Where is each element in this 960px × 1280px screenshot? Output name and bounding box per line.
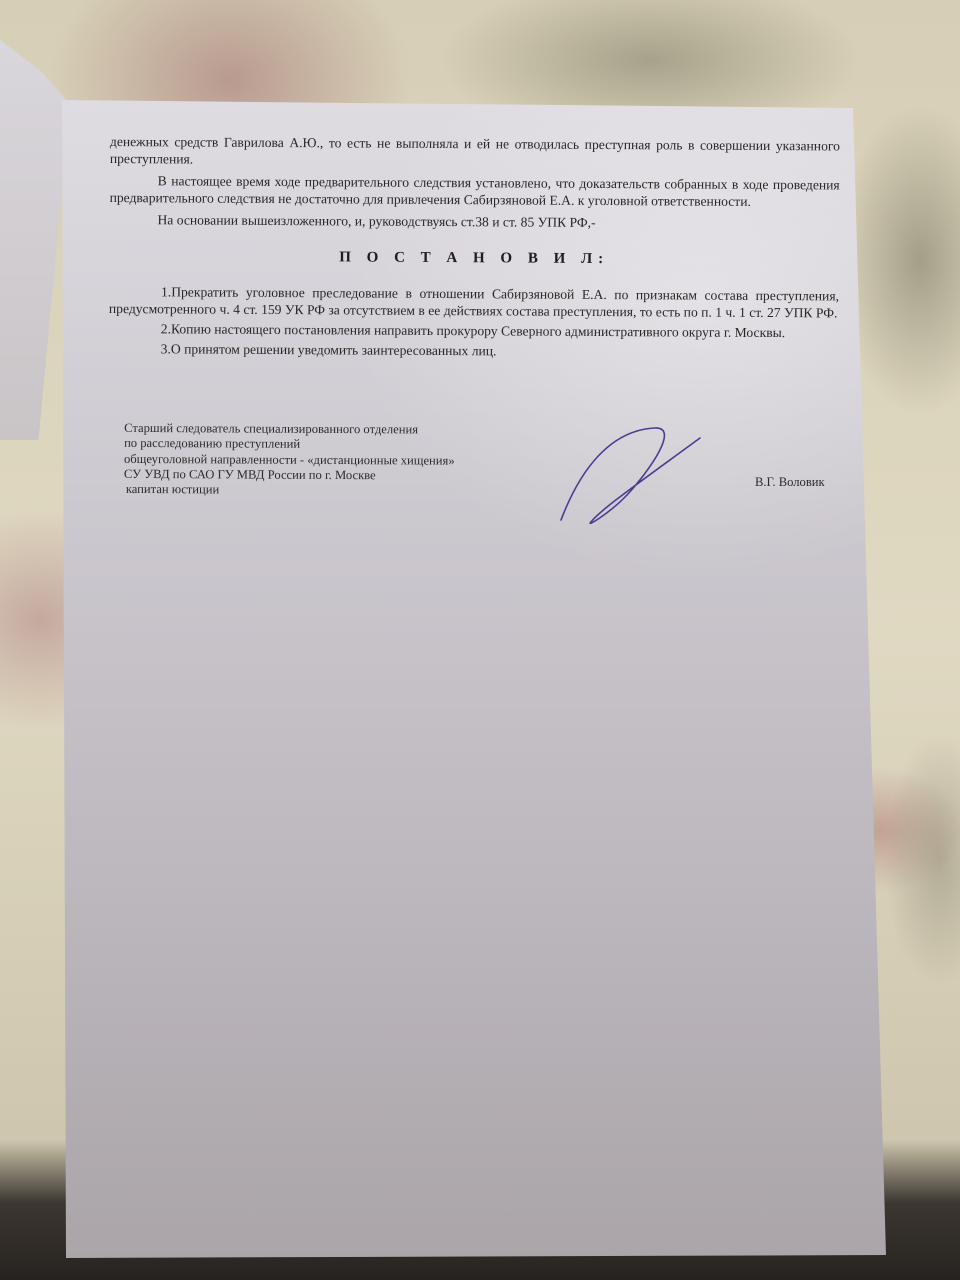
signer-name: В.Г. Воловик	[755, 475, 825, 490]
position-line-5: капитан юстиции	[124, 482, 544, 499]
paragraph-legal-basis: На основании вышеизложенного, и, руковод…	[109, 211, 839, 232]
resolution-heading: П О С Т А Н О В И Л:	[109, 248, 839, 269]
paragraph-continuation: денежных средств Гаврилова А.Ю., то есть…	[110, 133, 840, 171]
position-line-2: по расследованию преступлений	[124, 436, 544, 453]
paragraph-investigation-findings: В настоящее время ходе предварительного …	[110, 172, 840, 210]
signatory-position: Старший следователь специализированного …	[124, 421, 544, 500]
document-body: денежных средств Гаврилова А.Ю., то есть…	[109, 133, 840, 361]
handwritten-signature	[555, 410, 705, 530]
decision-item-1: 1.Прекратить уголовное преследование в о…	[109, 283, 839, 321]
decision-list: 1.Прекратить уголовное преследование в о…	[109, 283, 839, 361]
decision-item-2: 2.Копию настоящего постановления направи…	[109, 320, 839, 341]
